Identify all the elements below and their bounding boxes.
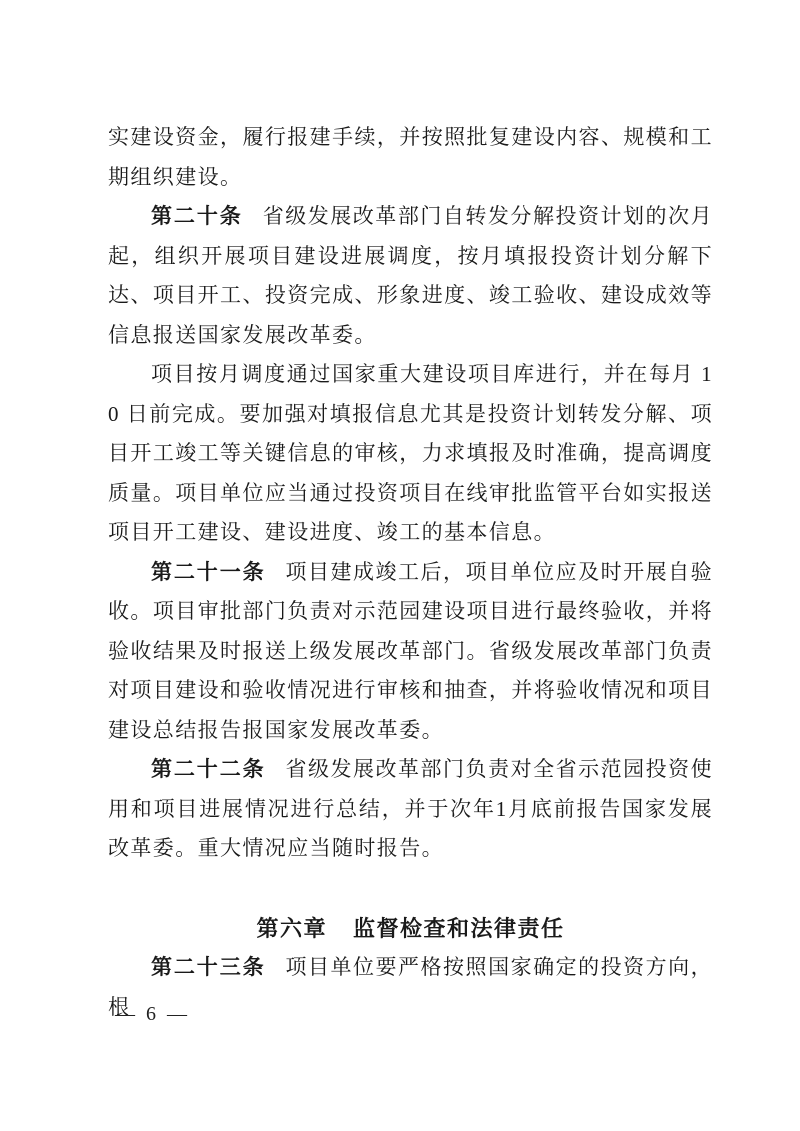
article-23-label: 第二十三条: [151, 956, 266, 979]
document-page: 实建设资金，履行报建手续，并按照批复建设内容、规模和工期组织建设。 第二十条省级…: [0, 0, 800, 1131]
article-22-label: 第二十二条: [151, 758, 266, 781]
chapter-6-title: 监督检查和法律责任: [353, 916, 565, 941]
paragraph-article-21: 第二十一条项目建成竣工后，项目单位应及时开展自验收。项目审批部门负责对示范园建设…: [108, 553, 713, 751]
paragraph-article-23: 第二十三条项目单位要严格按照国家确定的投资方向，根: [108, 948, 713, 1027]
paragraph-article-22: 第二十二条省级发展改革部门负责对全省示范园投资使用和项目进展情况进行总结，并于次…: [108, 750, 713, 869]
article-21-text: 项目建成竣工后，项目单位应及时开展自验收。项目审批部门负责对示范园建设项目进行最…: [108, 560, 713, 742]
paragraph-continuation: 实建设资金，履行报建手续，并按照批复建设内容、规模和工期组织建设。: [108, 118, 713, 197]
chapter-6-number: 第六章: [256, 916, 327, 941]
article-20-label: 第二十条: [151, 205, 243, 228]
article-21-label: 第二十一条: [151, 561, 266, 584]
paragraph-article-20: 第二十条省级发展改革部门自转发分解投资计划的次月起，组织开展项目建设进展调度，按…: [108, 197, 713, 355]
chapter-6-heading: 第六章监督检查和法律责任: [108, 909, 713, 949]
paragraph-monthly-reporting: 项目按月调度通过国家重大建设项目库进行，并在每月 10 日前完成。要加强对填报信…: [108, 355, 713, 553]
document-body: 实建设资金，履行报建手续，并按照批复建设内容、规模和工期组织建设。 第二十条省级…: [108, 118, 713, 1027]
page-number: — 6 —: [115, 1003, 190, 1026]
